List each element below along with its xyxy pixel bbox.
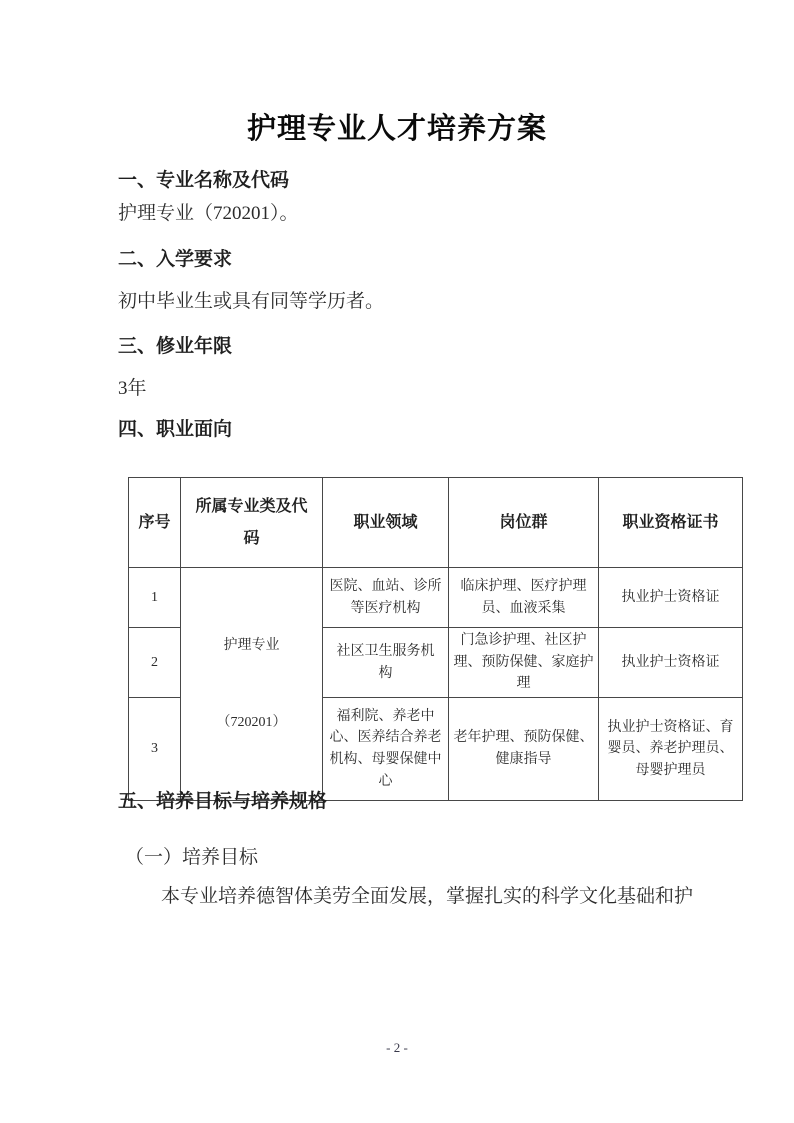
col-header-certificates: 职业资格证书: [599, 478, 743, 568]
row-3-serial: 3: [129, 698, 181, 801]
paragraph-major-name-code: 护理专业（720201）。: [118, 202, 299, 225]
heading-section-1: 一、专业名称及代码: [118, 169, 289, 192]
table-header-row: 序号 所属专业类及代码 职业领域 岗位群 职业资格证书: [129, 478, 743, 568]
row-2-certificates: 执业护士资格证: [599, 628, 743, 698]
career-orientation-table: 序号 所属专业类及代码 职业领域 岗位群 职业资格证书 1 护理专业 （7202…: [128, 477, 743, 801]
row-3-career-field: 福利院、养老中 心、医养结合养老 机构、母婴保健中 心: [323, 698, 449, 801]
heading-section-3: 三、修业年限: [118, 335, 232, 358]
row-1-certificates: 执业护士资格证: [599, 568, 743, 628]
row-2-serial: 2: [129, 628, 181, 698]
sub-heading-training-objective: （一）培养目标: [125, 846, 258, 869]
row-3-post-group: 老年护理、预防保健、 健康指导: [449, 698, 599, 801]
heading-section-2: 二、入学要求: [118, 248, 232, 271]
major-name: 护理专业: [185, 635, 318, 657]
paragraph-entry-requirement: 初中毕业生或具有同等学历者。: [118, 290, 384, 313]
paragraph-study-duration: 3年: [118, 377, 147, 400]
footer-page-number: - 2 -: [0, 1040, 794, 1056]
row-2-career-field: 社区卫生服务机 构: [323, 628, 449, 698]
paragraph-training-objective: 本专业培养德智体美劳全面发展，掌握扎实的科学文化基础和护: [161, 885, 693, 908]
row-1-career-field: 医院、血站、诊所 等医疗机构: [323, 568, 449, 628]
document-page: 护理专业人才培养方案 一、专业名称及代码 护理专业（720201）。 二、入学要…: [0, 0, 794, 1123]
col-header-career-field: 职业领域: [323, 478, 449, 568]
table-row: 1 护理专业 （720201） 医院、血站、诊所 等医疗机构 临床护理、医疗护理…: [129, 568, 743, 628]
heading-section-4: 四、职业面向: [118, 418, 232, 441]
major-code: （720201）: [185, 712, 318, 734]
merged-major-cell: 护理专业 （720201）: [181, 568, 323, 801]
row-1-post-group: 临床护理、医疗护理 员、血液采集: [449, 568, 599, 628]
col-header-post-group: 岗位群: [449, 478, 599, 568]
row-2-post-group: 门急诊护理、社区护 理、预防保健、家庭护 理: [449, 628, 599, 698]
row-1-serial: 1: [129, 568, 181, 628]
document-title: 护理专业人才培养方案: [0, 111, 794, 147]
row-3-certificates: 执业护士资格证、育 婴员、养老护理员、 母婴护理员: [599, 698, 743, 801]
col-header-serial: 序号: [129, 478, 181, 568]
col-header-major-category: 所属专业类及代码: [181, 478, 323, 568]
heading-section-5: 五、培养目标与培养规格: [118, 790, 327, 813]
